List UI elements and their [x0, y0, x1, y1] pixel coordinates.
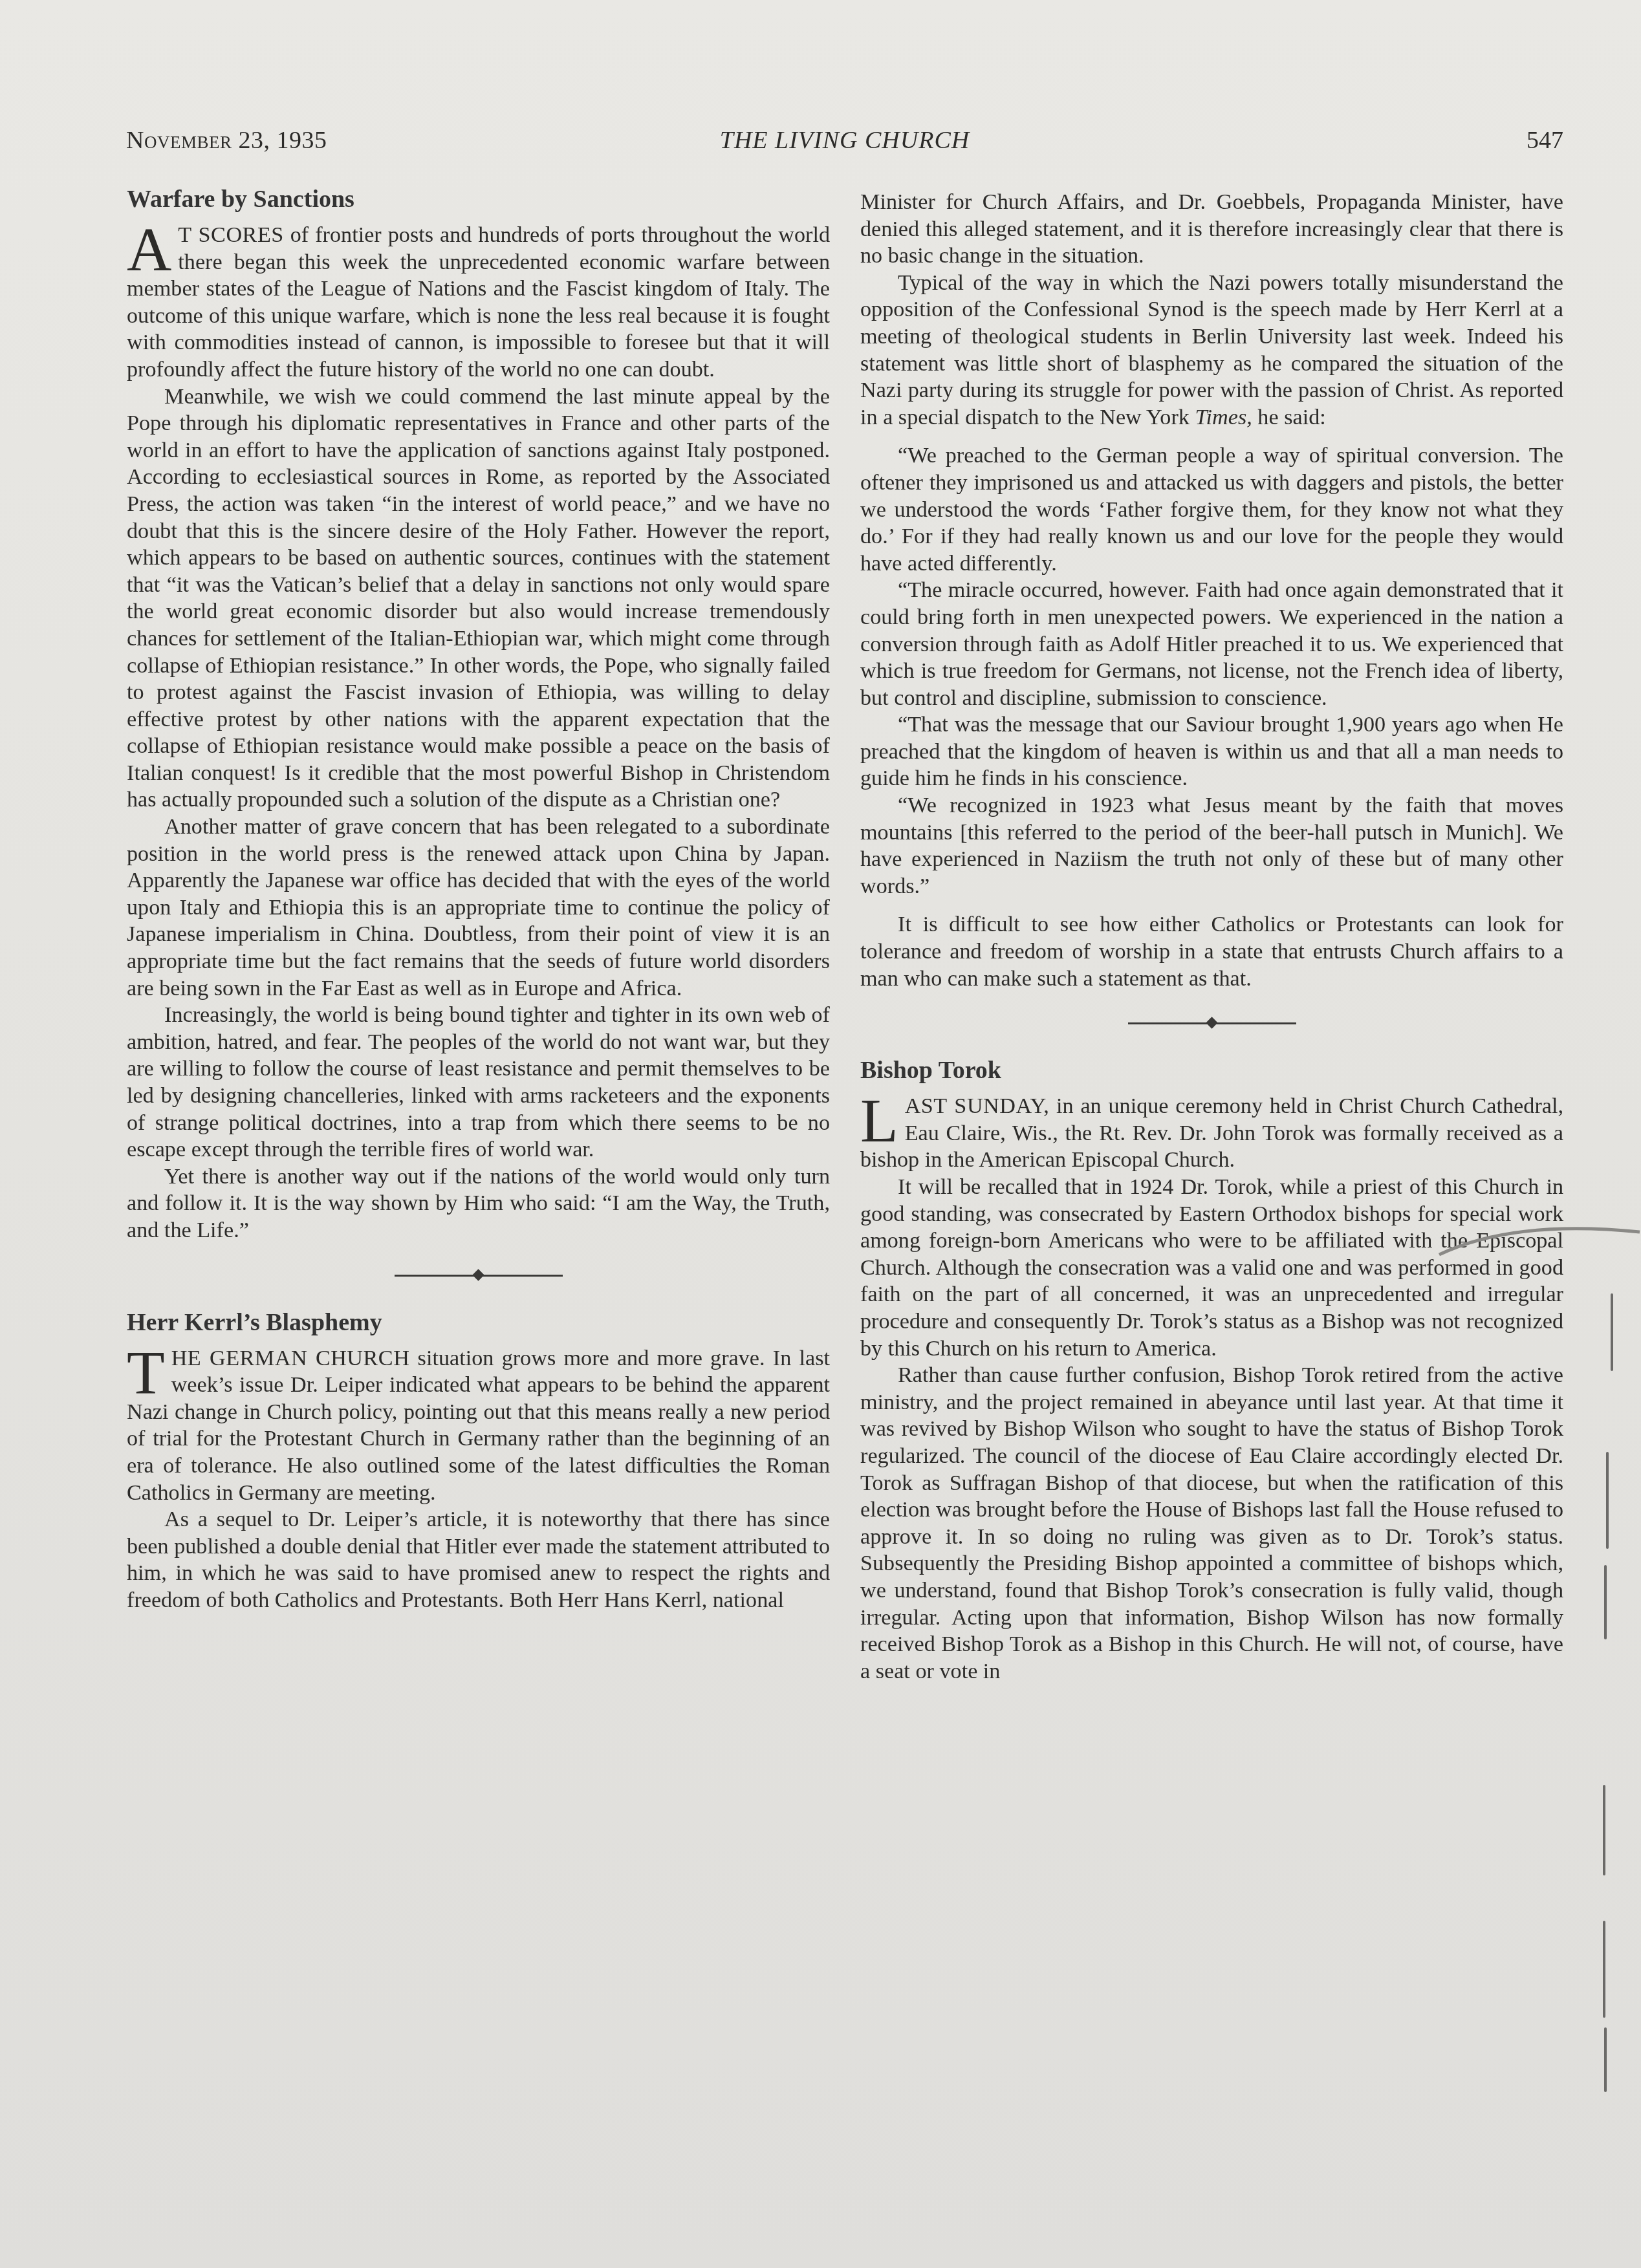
- article-paragraph: Meanwhile, we wish we could commend the …: [127, 383, 830, 814]
- quote-paragraph: “The miracle occurred, however. Faith ha…: [860, 577, 1563, 711]
- pencil-margin-mark: [1604, 1565, 1607, 1639]
- article-paragraph: Another matter of grave concern that has…: [127, 814, 830, 1002]
- article-paragraph: LAST SUNDAY, in an unique ceremony held …: [860, 1093, 1563, 1174]
- lead-caps: AST SUNDAY,: [905, 1094, 1050, 1118]
- pencil-margin-mark: [1611, 1293, 1613, 1371]
- drop-cap: T: [127, 1349, 165, 1397]
- article-title: Herr Kerrl’s Blasphemy: [127, 1308, 830, 1337]
- article-paragraph: THE GERMAN CHURCH situation grows more a…: [127, 1345, 830, 1507]
- pencil-margin-mark: [1603, 1785, 1605, 1875]
- page-header: November 23, 1935 THE LIVING CHURCH 547: [126, 126, 1563, 158]
- left-column: Warfare by Sanctions AT SCORES of fronti…: [127, 184, 830, 1614]
- article-paragraph: As a sequel to Dr. Leiper’s article, it …: [127, 1506, 830, 1614]
- diamond-ornament-icon: [472, 1269, 484, 1280]
- pencil-margin-mark: [1606, 1452, 1609, 1549]
- article-paragraph: Typical of the way in which the Nazi pow…: [860, 270, 1563, 431]
- article-paragraph: Increasingly, the world is being bound t…: [127, 1002, 830, 1163]
- article-paragraph: It is difficult to see how either Cathol…: [860, 911, 1563, 992]
- article-paragraph: It will be recalled that in 1924 Dr. Tor…: [860, 1174, 1563, 1362]
- pencil-margin-mark: [1603, 1921, 1605, 2018]
- article-paragraph: Yet there is another way out if the nati…: [127, 1163, 830, 1244]
- pencil-curve-mark: [1436, 1216, 1641, 1268]
- article-title: Bishop Torok: [860, 1055, 1563, 1085]
- diamond-ornament-icon: [1206, 1017, 1217, 1029]
- section-divider: [395, 1269, 563, 1282]
- drop-cap: L: [860, 1097, 898, 1145]
- quote-paragraph: “We preached to the German people a way …: [860, 442, 1563, 577]
- page-number: 547: [1527, 126, 1563, 155]
- article-paragraph: Minister for Church Affairs, and Dr. Goe…: [860, 189, 1563, 270]
- publication-title: THE LIVING CHURCH: [126, 126, 1563, 155]
- right-column: Minister for Church Affairs, and Dr. Goe…: [860, 189, 1563, 1685]
- lead-caps: HE GERMAN CHURCH: [171, 1346, 410, 1370]
- pencil-margin-mark: [1604, 2027, 1607, 2092]
- article-paragraph: AT SCORES of frontier posts and hundreds…: [127, 222, 830, 383]
- quote-paragraph: “That was the message that our Saviour b…: [860, 711, 1563, 792]
- drop-cap: A: [127, 226, 171, 274]
- section-divider: [1128, 1017, 1296, 1030]
- quote-paragraph: “We recognized in 1923 what Jesus meant …: [860, 792, 1563, 900]
- article-title: Warfare by Sanctions: [127, 184, 830, 214]
- lead-caps: T SCORES: [178, 223, 283, 247]
- article-paragraph: Rather than cause further confusion, Bis…: [860, 1362, 1563, 1685]
